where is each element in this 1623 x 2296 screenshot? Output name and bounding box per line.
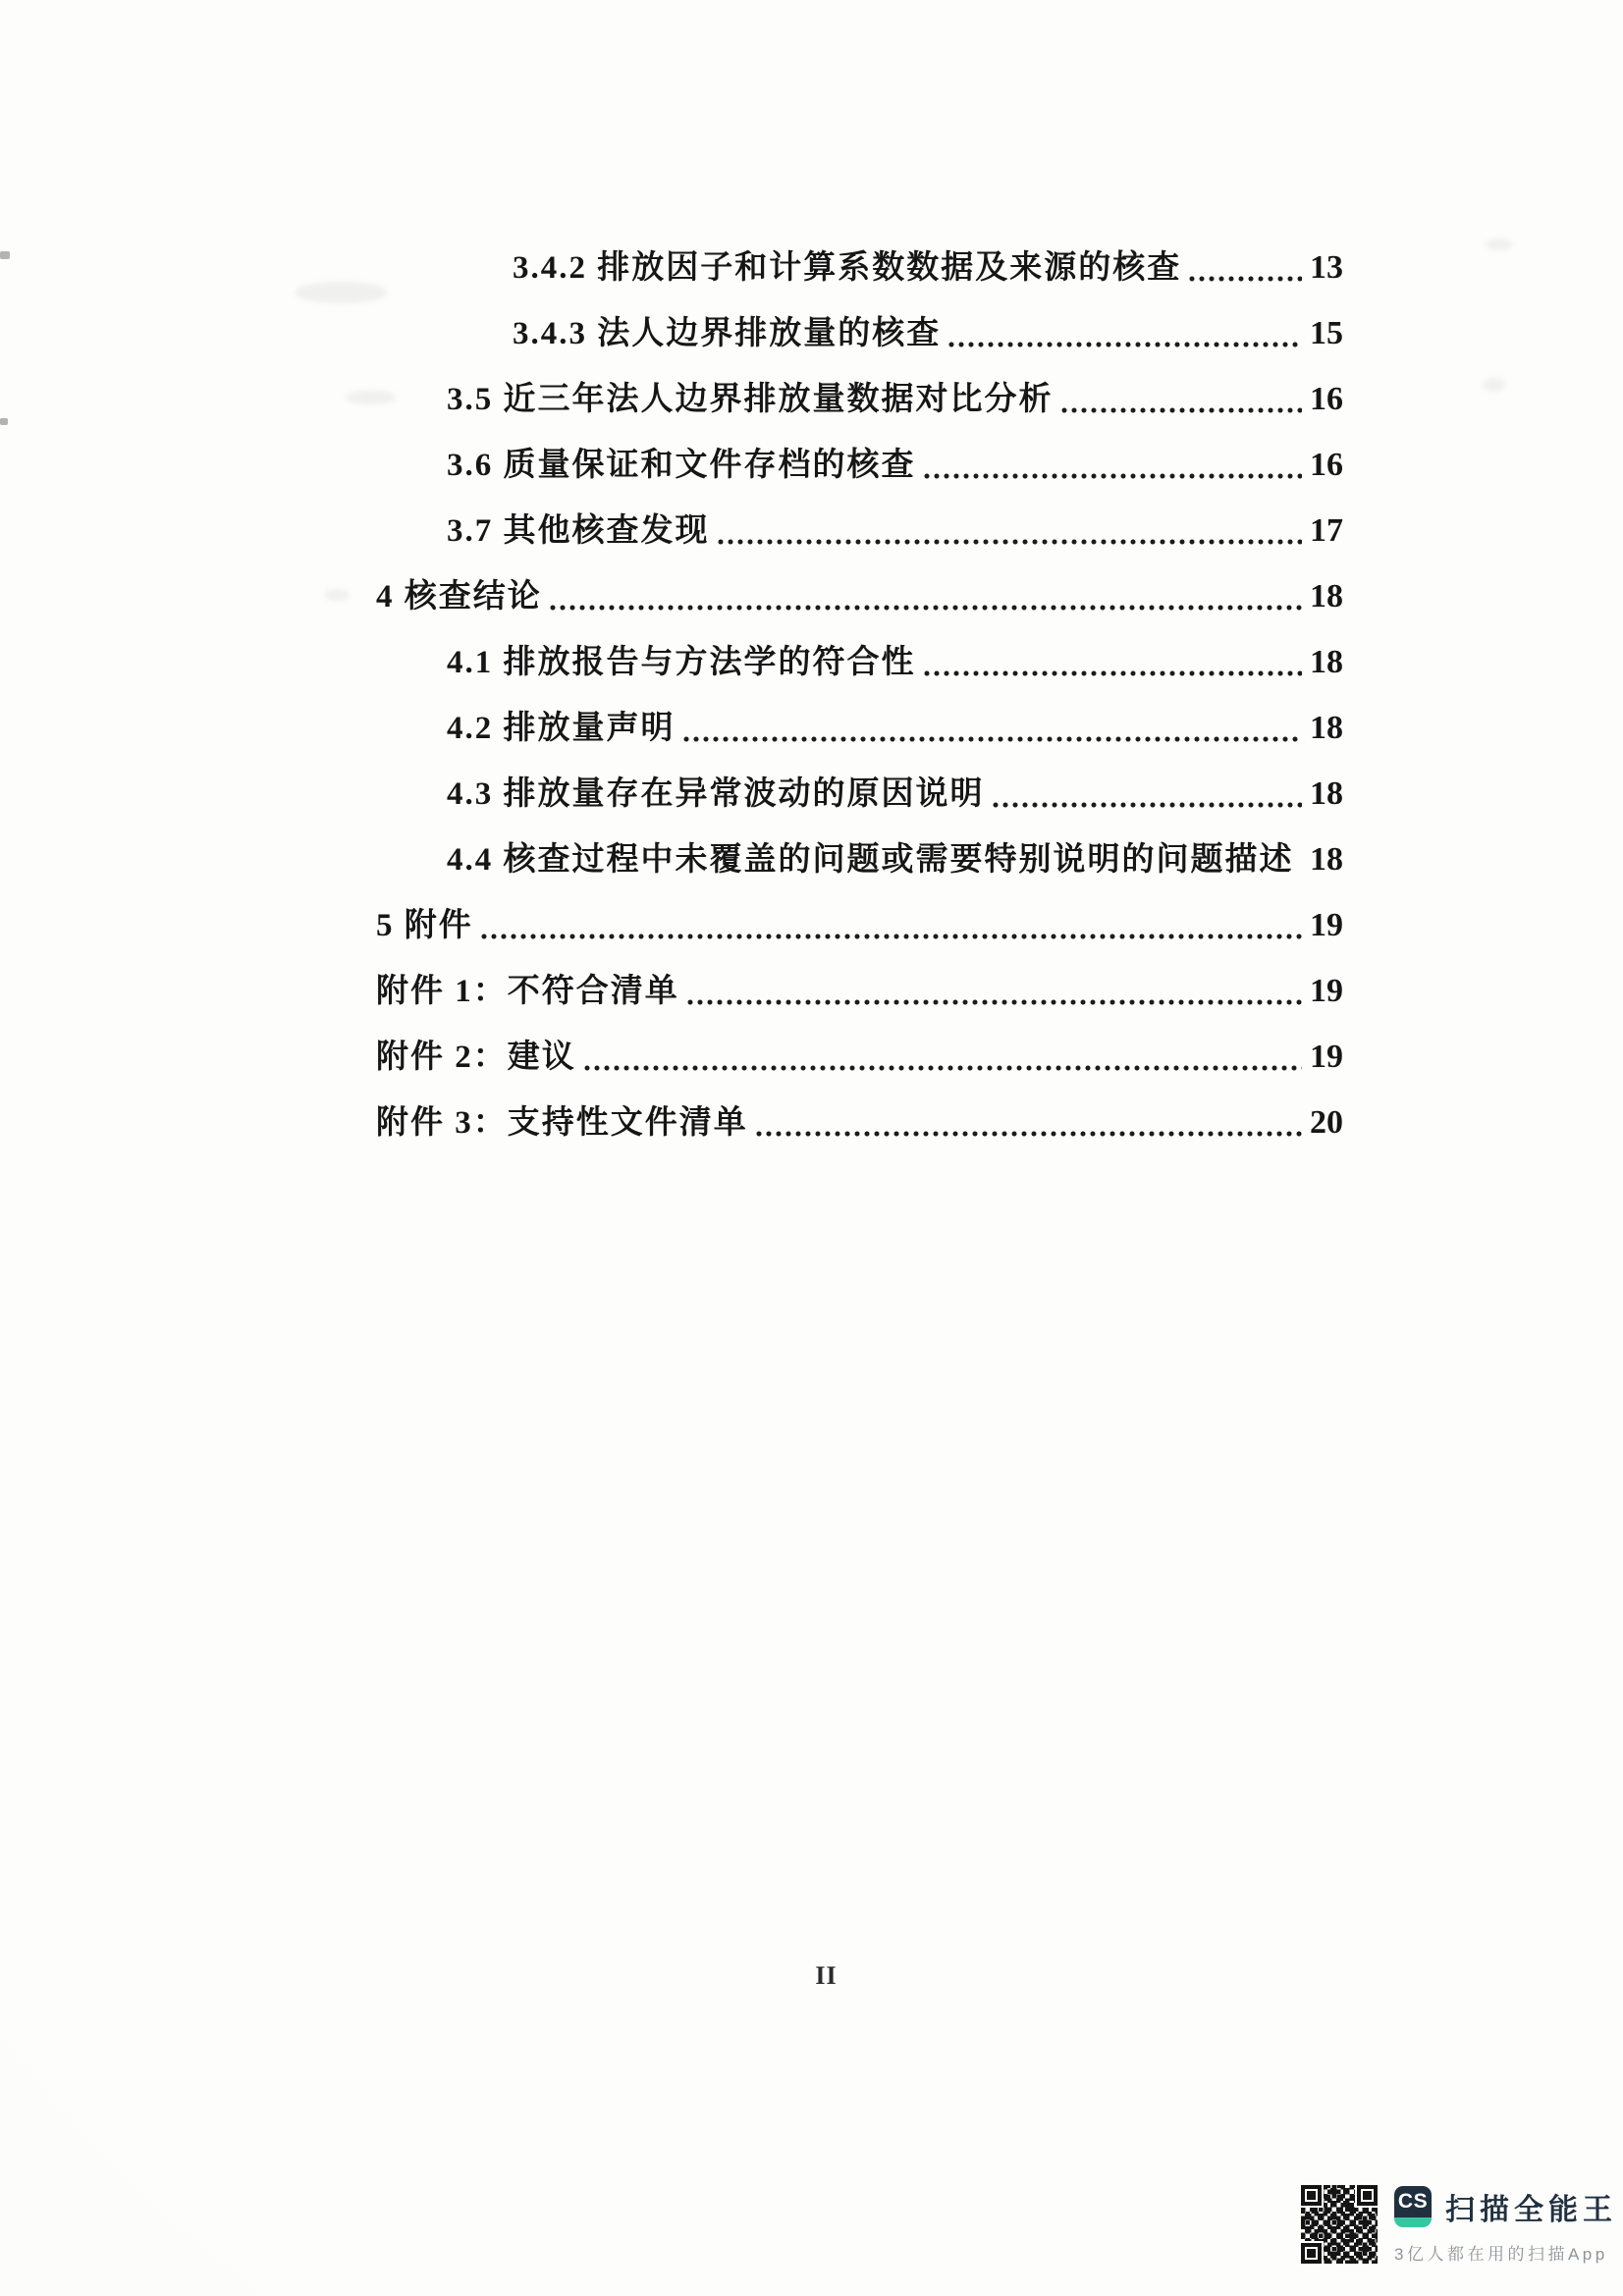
- dot-leader: [991, 801, 1303, 809]
- toc-entry-4: 4 核查结论 18: [376, 574, 1343, 619]
- toc-entry-label: 3.7 其他核查发现: [447, 508, 710, 554]
- toc-entry-label: 4.3 排放量存在异常波动的原因说明: [447, 772, 985, 817]
- toc-entry-appendix-2: 附件 2：建议 19: [376, 1035, 1343, 1080]
- dot-leader: [947, 341, 1302, 348]
- dot-leader: [582, 1064, 1302, 1072]
- toc-entry-page: 18: [1310, 772, 1343, 817]
- dot-leader: [922, 472, 1303, 480]
- scan-smudge: [295, 282, 388, 303]
- toc-entry-4-2: 4.2 排放量声明 18: [376, 706, 1343, 751]
- toc-entry-3-4-2: 3.4.2 排放因子和计算系数数据及来源的核查 13: [376, 245, 1343, 291]
- scan-smudge: [346, 391, 397, 404]
- toc-entry-page: 19: [1310, 903, 1343, 948]
- camscanner-logo-icon: CS: [1394, 2186, 1432, 2227]
- page-number: II: [15, 1961, 1623, 1991]
- toc-entry-page: 18: [1310, 574, 1343, 619]
- toc-entry-page: 19: [1310, 1035, 1343, 1080]
- scan-smudge: [324, 589, 350, 601]
- toc-entry-page: 16: [1310, 443, 1343, 488]
- table-of-contents: 3.4.2 排放因子和计算系数数据及来源的核查 13 3.4.3 法人边界排放量…: [376, 245, 1343, 1166]
- dot-leader: [754, 1130, 1302, 1138]
- dot-leader: [685, 998, 1302, 1006]
- toc-entry-4-1: 4.1 排放报告与方法学的符合性 18: [376, 640, 1343, 685]
- dot-leader: [1059, 406, 1303, 414]
- toc-entry-page: 19: [1310, 969, 1343, 1014]
- camscanner-logo-letters: CS: [1398, 2186, 1428, 2216]
- toc-entry-page: 18: [1310, 837, 1343, 882]
- camscanner-watermark: CS 扫描全能王 3亿人都在用的扫描App: [1301, 2185, 1617, 2265]
- toc-entry-3-6: 3.6 质量保证和文件存档的核查 16: [376, 443, 1343, 488]
- dot-leader: [1187, 275, 1302, 283]
- toc-entry-label: 3.5 近三年法人边界排放量数据对比分析: [447, 377, 1054, 422]
- watermark-app-name: 扫描全能王: [1445, 2185, 1617, 2228]
- toc-entry-label: 附件 2：建议: [376, 1035, 576, 1080]
- dot-leader: [681, 735, 1303, 743]
- toc-entry-label: 4.4 核查过程中未覆盖的问题或需要特别说明的问题描述: [447, 837, 1294, 882]
- toc-entry-appendix-3: 附件 3：支持性文件清单 20: [376, 1100, 1343, 1146]
- qr-finder-icon: [1301, 2243, 1322, 2264]
- scan-mark: [0, 251, 10, 259]
- toc-entry-label: 4.2 排放量声明: [447, 706, 676, 751]
- dot-leader: [716, 538, 1303, 546]
- watermark-text-block: CS 扫描全能王 3亿人都在用的扫描App: [1394, 2185, 1617, 2265]
- toc-entry-4-3: 4.3 排放量存在异常波动的原因说明 18: [376, 772, 1343, 817]
- qr-code-icon: [1301, 2185, 1378, 2264]
- scan-smudge: [1486, 239, 1513, 250]
- toc-entry-label: 附件 3：支持性文件清单: [376, 1100, 748, 1146]
- toc-entry-label: 4.1 排放报告与方法学的符合性: [447, 640, 916, 685]
- toc-entry-5: 5 附件 19: [376, 903, 1343, 948]
- dot-leader: [1300, 867, 1303, 875]
- toc-entry-appendix-1: 附件 1：不符合清单 19: [376, 969, 1343, 1014]
- toc-entry-3-7: 3.7 其他核查发现 17: [376, 508, 1343, 554]
- toc-entry-page: 13: [1310, 245, 1343, 291]
- scan-smudge: [1483, 378, 1506, 392]
- toc-entry-page: 15: [1310, 311, 1343, 356]
- toc-entry-3-5: 3.5 近三年法人边界排放量数据对比分析 16: [376, 377, 1343, 422]
- toc-entry-page: 16: [1310, 377, 1343, 422]
- document-page: 3.4.2 排放因子和计算系数数据及来源的核查 13 3.4.3 法人边界排放量…: [0, 0, 1623, 2296]
- toc-entry-page: 20: [1310, 1100, 1343, 1146]
- scan-mark: [0, 418, 8, 425]
- toc-entry-page: 18: [1310, 706, 1343, 751]
- toc-entry-4-4: 4.4 核查过程中未覆盖的问题或需要特别说明的问题描述 18: [376, 837, 1343, 882]
- toc-entry-page: 17: [1310, 508, 1343, 554]
- toc-entry-3-4-3: 3.4.3 法人边界排放量的核查 15: [376, 311, 1343, 356]
- toc-entry-label: 3.4.2 排放因子和计算系数数据及来源的核查: [513, 245, 1181, 291]
- toc-entry-label: 3.6 质量保证和文件存档的核查: [447, 443, 916, 488]
- toc-entry-page: 18: [1310, 640, 1343, 685]
- toc-entry-label: 4 核查结论: [376, 574, 542, 619]
- watermark-tagline: 3亿人都在用的扫描App: [1394, 2240, 1617, 2265]
- qr-finder-icon: [1301, 2185, 1322, 2206]
- dot-leader: [548, 604, 1302, 612]
- toc-entry-label: 5 附件: [376, 903, 473, 948]
- qr-finder-icon: [1357, 2185, 1378, 2206]
- dot-leader: [479, 933, 1302, 940]
- toc-entry-label: 3.4.3 法人边界排放量的核查: [513, 311, 941, 356]
- toc-entry-label: 附件 1：不符合清单: [376, 969, 679, 1014]
- dot-leader: [922, 669, 1303, 677]
